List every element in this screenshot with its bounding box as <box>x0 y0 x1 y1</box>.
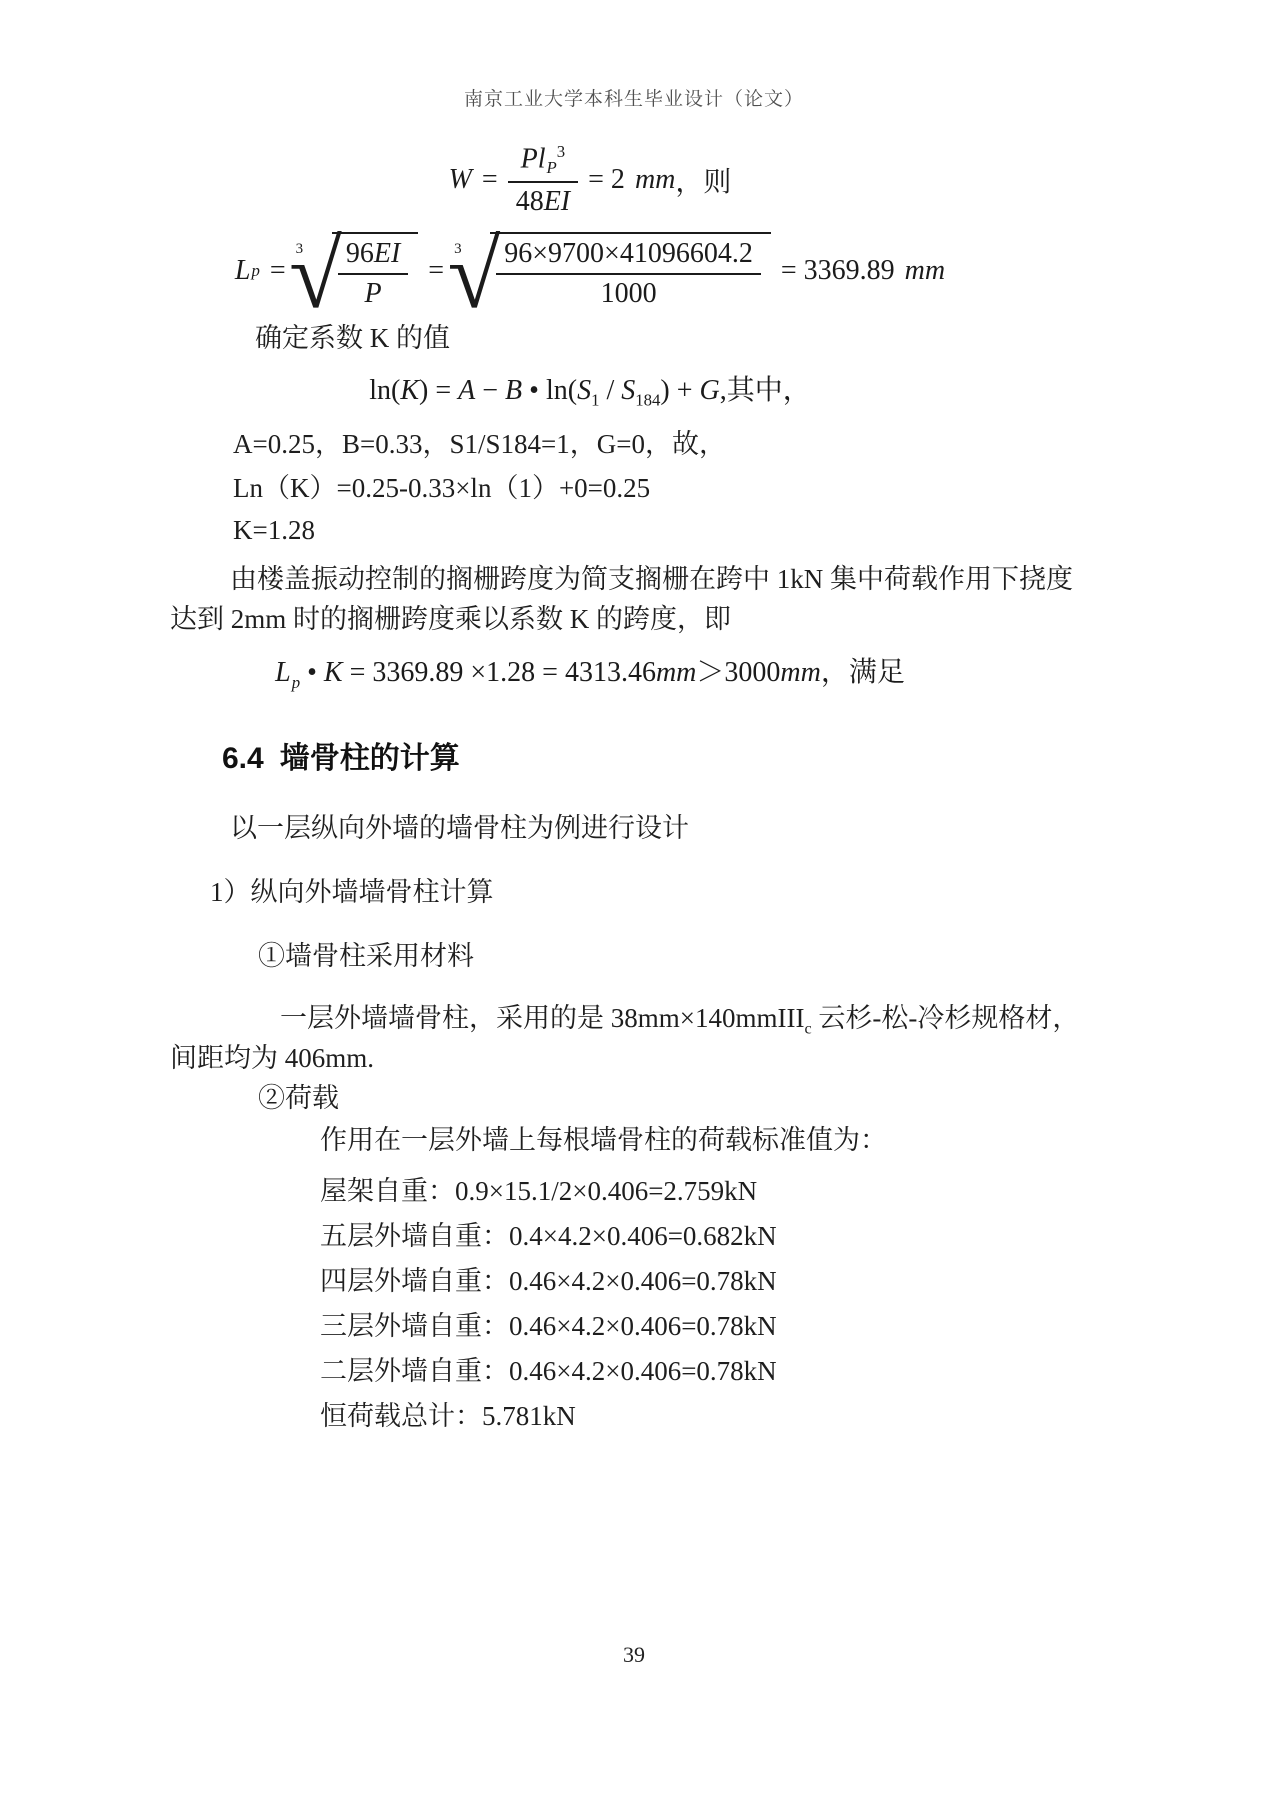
math-fragment: ) = <box>419 375 458 406</box>
fraction: 96EI P <box>338 238 408 310</box>
material-line-1: 一层外墙墙骨柱，采用的是 38mm×140mmIIIc 云杉-松-冷杉规格材， <box>280 1003 1268 1035</box>
load-item-roof: 屋架自重：0.9×15.1/2×0.406=2.759kN <box>320 1169 1268 1214</box>
math-var-b: B <box>505 375 522 406</box>
fraction: PlP3 48EI <box>508 142 578 219</box>
math-fragment: / <box>599 375 621 406</box>
fraction-numerator: 96×9700×41096604.2 <box>496 238 761 273</box>
load-item-floor3: 三层外墙自重：0.46×4.2×0.406=0.78kN <box>320 1304 1268 1349</box>
math-var-w: W <box>449 164 472 196</box>
root-index: 3 <box>454 241 462 258</box>
load-list: 屋架自重：0.9×15.1/2×0.406=2.759kN 五层外墙自重：0.4… <box>0 1169 1268 1439</box>
formula-span: Lp = 3 √ 96EI P = 3 √ 96×9700×41096604.2… <box>0 225 1268 317</box>
equals-sign: = <box>428 255 444 287</box>
page-header: 南京工业大学本科生毕业设计（论文） <box>0 0 1268 111</box>
math-unit: mm <box>905 255 945 287</box>
math-fragment: ln( <box>369 375 400 406</box>
equals-sign: = <box>270 255 286 287</box>
math-var-k: K <box>400 375 419 406</box>
math-var-a: A <box>458 375 475 406</box>
section-heading: 6.4墙骨柱的计算 <box>222 733 1268 775</box>
math-var-lp: L <box>235 255 251 287</box>
text-determine-k: 确定系数 K 的值 <box>255 323 1268 353</box>
material-text: 一层外墙墙骨柱，采用的是 38mm×140mmIII <box>280 1003 804 1033</box>
material-line-2: 间距均为 406mm. <box>170 1043 1268 1073</box>
fraction-numerator: PlP3 <box>508 142 578 182</box>
math-fragment: 48 <box>516 186 544 217</box>
math-unit: mm <box>656 657 696 688</box>
math-var-g: G <box>700 375 720 406</box>
formula-tail-text: ，满足 <box>821 657 905 688</box>
fraction-denominator: 48EI <box>508 181 578 218</box>
equals-sign: = <box>482 164 498 196</box>
text-lnk-calc: Ln（K）=0.25-0.33×ln（1）+0=0.25 <box>233 473 1268 503</box>
load-item-floor5: 五层外墙自重：0.4×4.2×0.406=0.682kN <box>320 1214 1268 1259</box>
material-label: ①墙骨柱采用材料 <box>258 941 1268 971</box>
radicand: 96EI P <box>332 232 418 310</box>
formula-deflection: W = PlP3 48EI = 2mm ，则 <box>0 135 1268 225</box>
math-superscript: 3 <box>557 142 565 161</box>
math-fragment: = 2 <box>588 164 625 196</box>
document-page: 南京工业大学本科生毕业设计（论文） W = PlP3 48EI = 2mm ，则… <box>0 0 1268 1793</box>
material-text: 云杉-松-冷杉规格材， <box>812 1003 1080 1033</box>
text-k-value: K=1.28 <box>233 515 1268 545</box>
math-fragment: EI <box>374 238 400 269</box>
fraction-denominator: P <box>338 273 408 310</box>
cube-root: 3 √ 96EI P <box>296 223 419 319</box>
page-number: 39 <box>0 1642 1268 1668</box>
section-number: 6.4 <box>222 742 264 775</box>
paragraph-line: 达到 2mm 时的搁栅跨度乘以系数 K 的跨度，即 <box>170 599 1268 639</box>
math-fragment: 96 <box>346 238 374 269</box>
math-fragment: = 3369.89 <box>781 255 895 287</box>
section-title: 墙骨柱的计算 <box>280 742 460 775</box>
math-fragment: − <box>475 375 505 406</box>
fraction: 96×9700×41096604.2 1000 <box>496 238 761 310</box>
fraction-denominator: 1000 <box>496 273 761 310</box>
load-item-total: 恒荷载总计：5.781kN <box>320 1394 1268 1439</box>
text-k-params: A=0.25，B=0.33，S1/S184=1，G=0，故， <box>233 429 1268 459</box>
formula-tail-text: ，则 <box>675 160 731 200</box>
cube-root: 3 √ 96×9700×41096604.2 1000 <box>454 223 771 319</box>
math-var-s: S <box>577 375 591 406</box>
fraction-numerator: 96EI <box>338 238 408 273</box>
math-fragment: ln( <box>546 375 577 406</box>
math-subscript: 184 <box>635 391 660 410</box>
root-index: 3 <box>296 241 304 258</box>
load-label: ②荷载 <box>258 1083 1268 1113</box>
section-intro: 以一层纵向外墙的墙骨柱为例进行设计 <box>230 813 1268 843</box>
math-subscript: p <box>251 261 259 281</box>
greater-than-sign: ＞3000 <box>696 657 780 688</box>
math-fragment: EI <box>544 186 570 217</box>
math-fragment: = 3369.89 ×1.28 = 4313.46 <box>343 657 656 688</box>
math-fragment: Pl <box>521 143 546 174</box>
formula-final-span: Lp • K = 3369.89 ×1.28 = 4313.46mm＞3000m… <box>0 651 1268 695</box>
math-subscript: c <box>804 1019 811 1037</box>
multiply-dot: • <box>522 375 546 406</box>
formula-lnk: ln(K) = A − B • ln(S1 / S184) + G,其中， <box>0 369 1268 413</box>
joist-paragraph: 由楼盖振动控制的搁栅跨度为简支搁栅在跨中 1kN 集中荷载作用下挠度 达到 2m… <box>0 559 1268 639</box>
math-unit: mm <box>780 657 820 688</box>
math-var-lp: L <box>275 657 291 688</box>
math-subscript: p <box>292 673 300 692</box>
formula-tail-text: ,其中， <box>720 375 811 406</box>
math-var-s: S <box>621 375 635 406</box>
paragraph-line: 由楼盖振动控制的搁栅跨度为简支搁栅在跨中 1kN 集中荷载作用下挠度 <box>230 559 1268 599</box>
math-var-k: K <box>324 657 343 688</box>
load-item-floor2: 二层外墙自重：0.46×4.2×0.406=0.78kN <box>320 1349 1268 1394</box>
math-subscript: P <box>547 158 557 177</box>
math-fragment: ) + <box>660 375 699 406</box>
list-item-1: 1）纵向外墙墙骨柱计算 <box>210 877 1268 907</box>
load-item-floor4: 四层外墙自重：0.46×4.2×0.406=0.78kN <box>320 1259 1268 1304</box>
multiply-dot: • <box>300 657 324 688</box>
load-intro: 作用在一层外墙上每根墙骨柱的荷载标准值为： <box>320 1125 1268 1155</box>
math-unit: mm <box>635 164 675 196</box>
radicand: 96×9700×41096604.2 1000 <box>490 232 771 310</box>
